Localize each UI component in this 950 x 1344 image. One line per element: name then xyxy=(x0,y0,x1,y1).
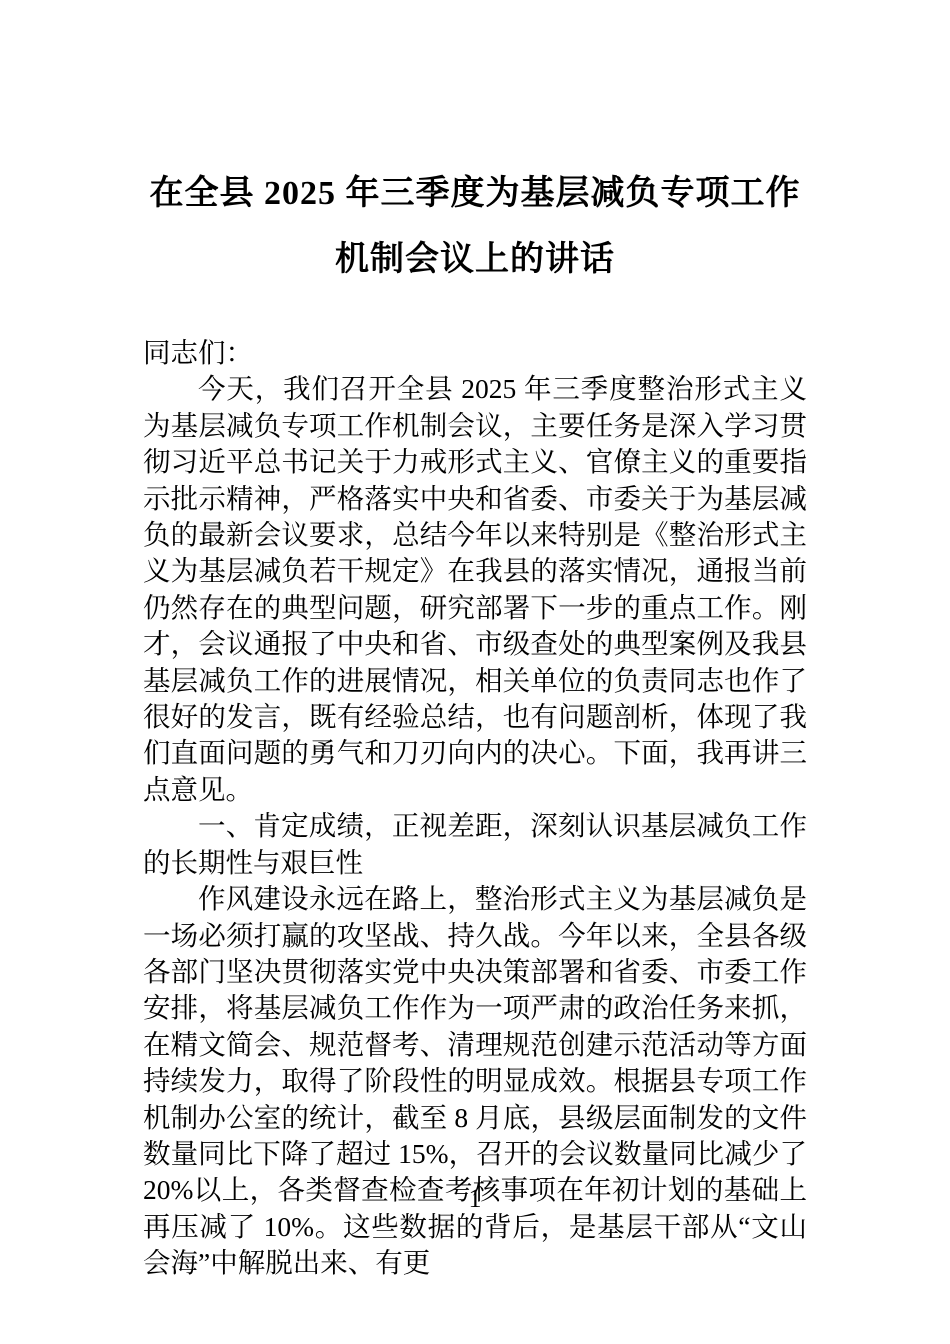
salutation: 同志们： xyxy=(143,335,807,371)
document-title-line1: 在全县 2025 年三季度为基层减负专项工作 xyxy=(143,161,807,227)
section-1-heading: 一、肯定成绩，正视差距，深刻认识基层减负工作的长期性与艰巨性 xyxy=(143,808,807,881)
document-content: 在全县 2025 年三季度为基层减负专项工作 机制会议上的讲话 同志们： 今天，… xyxy=(143,161,807,1282)
document-title-line2: 机制会议上的讲话 xyxy=(143,227,807,293)
document-body: 同志们： 今天，我们召开全县 2025 年三季度整治形式主义为基层减负专项工作机… xyxy=(143,335,807,1282)
section-1-paragraph: 作风建设永远在路上，整治形式主义为基层减负是一场必须打赢的攻坚战、持久战。今年以… xyxy=(143,881,807,1281)
document-page: 在全县 2025 年三季度为基层减负专项工作 机制会议上的讲话 同志们： 今天，… xyxy=(0,0,950,1344)
document-title: 在全县 2025 年三季度为基层减负专项工作 机制会议上的讲话 xyxy=(143,161,807,293)
intro-paragraph: 今天，我们召开全县 2025 年三季度整治形式主义为基层减负专项工作机制会议，主… xyxy=(143,371,807,808)
page-number: 1 xyxy=(0,1184,950,1214)
